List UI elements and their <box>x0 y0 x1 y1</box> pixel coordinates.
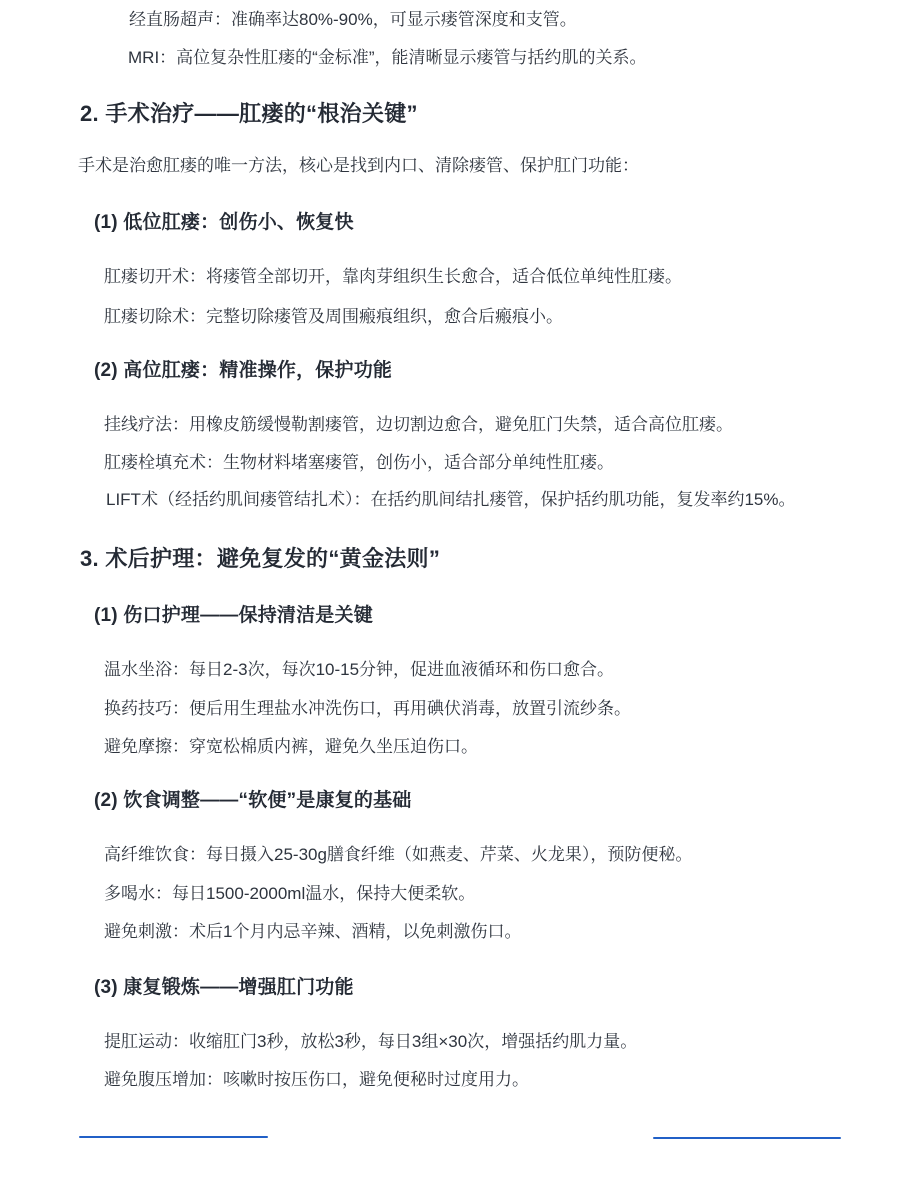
diet-item-avoid-spicy: 避免刺激：术后1个月内忌辛辣、酒精，以免刺激伤口。 <box>104 921 521 943</box>
document-page: 经直肠超声：准确率达80%-90%，可显示瘘管深度和支管。 MRI：高位复杂性肛… <box>0 0 918 1188</box>
diet-item-water: 多喝水：每日1500-2000ml温水，保持大便柔软。 <box>104 883 475 905</box>
treatment-item-lift: LIFT术（经括约肌间瘘管结扎术）：在括约肌间结扎瘘管，保护括约肌功能，复发率约… <box>106 489 795 511</box>
subheading-high-fistula: (2) 高位肛瘘：精准操作，保护功能 <box>94 359 392 384</box>
subheading-wound-care: (1) 伤口护理——保持清洁是关键 <box>94 604 373 629</box>
care-item-friction: 避免摩擦：穿宽松棉质内裤，避免久坐压迫伤口。 <box>104 736 478 758</box>
exercise-item-pressure: 避免腹压增加：咳嗽时按压伤口，避免便秘时过度用力。 <box>104 1069 529 1091</box>
exercise-item-kegel: 提肛运动：收缩肛门3秒，放松3秒，每日3组×30次，增强括约肌力量。 <box>104 1031 637 1053</box>
treatment-item-fistulotomy: 肛瘘切开术：将瘘管全部切开，靠肉芽组织生长愈合，适合低位单纯性肛瘘。 <box>104 266 682 288</box>
treatment-item-fistulectomy: 肛瘘切除术：完整切除瘘管及周围瘢痕组织，愈合后瘢痕小。 <box>104 306 563 328</box>
continued-line-ultrasound: 经直肠超声：准确率达80%-90%，可显示瘘管深度和支管。 <box>129 9 577 31</box>
diet-item-fiber: 高纤维饮食：每日摄入25-30g膳食纤维（如燕麦、芹菜、火龙果），预防便秘。 <box>104 844 692 866</box>
subheading-exercise: (3) 康复锻炼——增强肛门功能 <box>94 976 354 1001</box>
footer-rule-right <box>653 1137 841 1139</box>
subheading-low-fistula: (1) 低位肛瘘：创伤小、恢复快 <box>94 211 354 236</box>
section-heading-aftercare: 3. 术后护理：避免复发的“黄金法则” <box>80 545 440 574</box>
care-item-sitz-bath: 温水坐浴：每日2-3次，每次10-15分钟，促进血液循环和伤口愈合。 <box>104 659 614 681</box>
subheading-diet: (2) 饮食调整——“软便”是康复的基础 <box>94 789 412 814</box>
surgery-intro-paragraph: 手术是治愈肛瘘的唯一方法，核心是找到内口、清除瘘管、保护肛门功能： <box>78 155 639 177</box>
continued-line-mri: MRI：高位复杂性肛瘘的“金标准”，能清晰显示瘘管与括约肌的关系。 <box>128 47 646 69</box>
treatment-item-seton: 挂线疗法：用橡皮筋缓慢勒割瘘管，边切割边愈合，避免肛门失禁，适合高位肛瘘。 <box>104 414 733 436</box>
footer-rule-left <box>79 1136 268 1138</box>
care-item-dressing: 换药技巧：便后用生理盐水冲洗伤口，再用碘伏消毒，放置引流纱条。 <box>104 698 631 720</box>
section-heading-surgery: 2. 手术治疗——肛瘘的“根治关键” <box>80 100 418 129</box>
treatment-item-plug: 肛瘘栓填充术：生物材料堵塞瘘管，创伤小，适合部分单纯性肛瘘。 <box>104 452 614 474</box>
